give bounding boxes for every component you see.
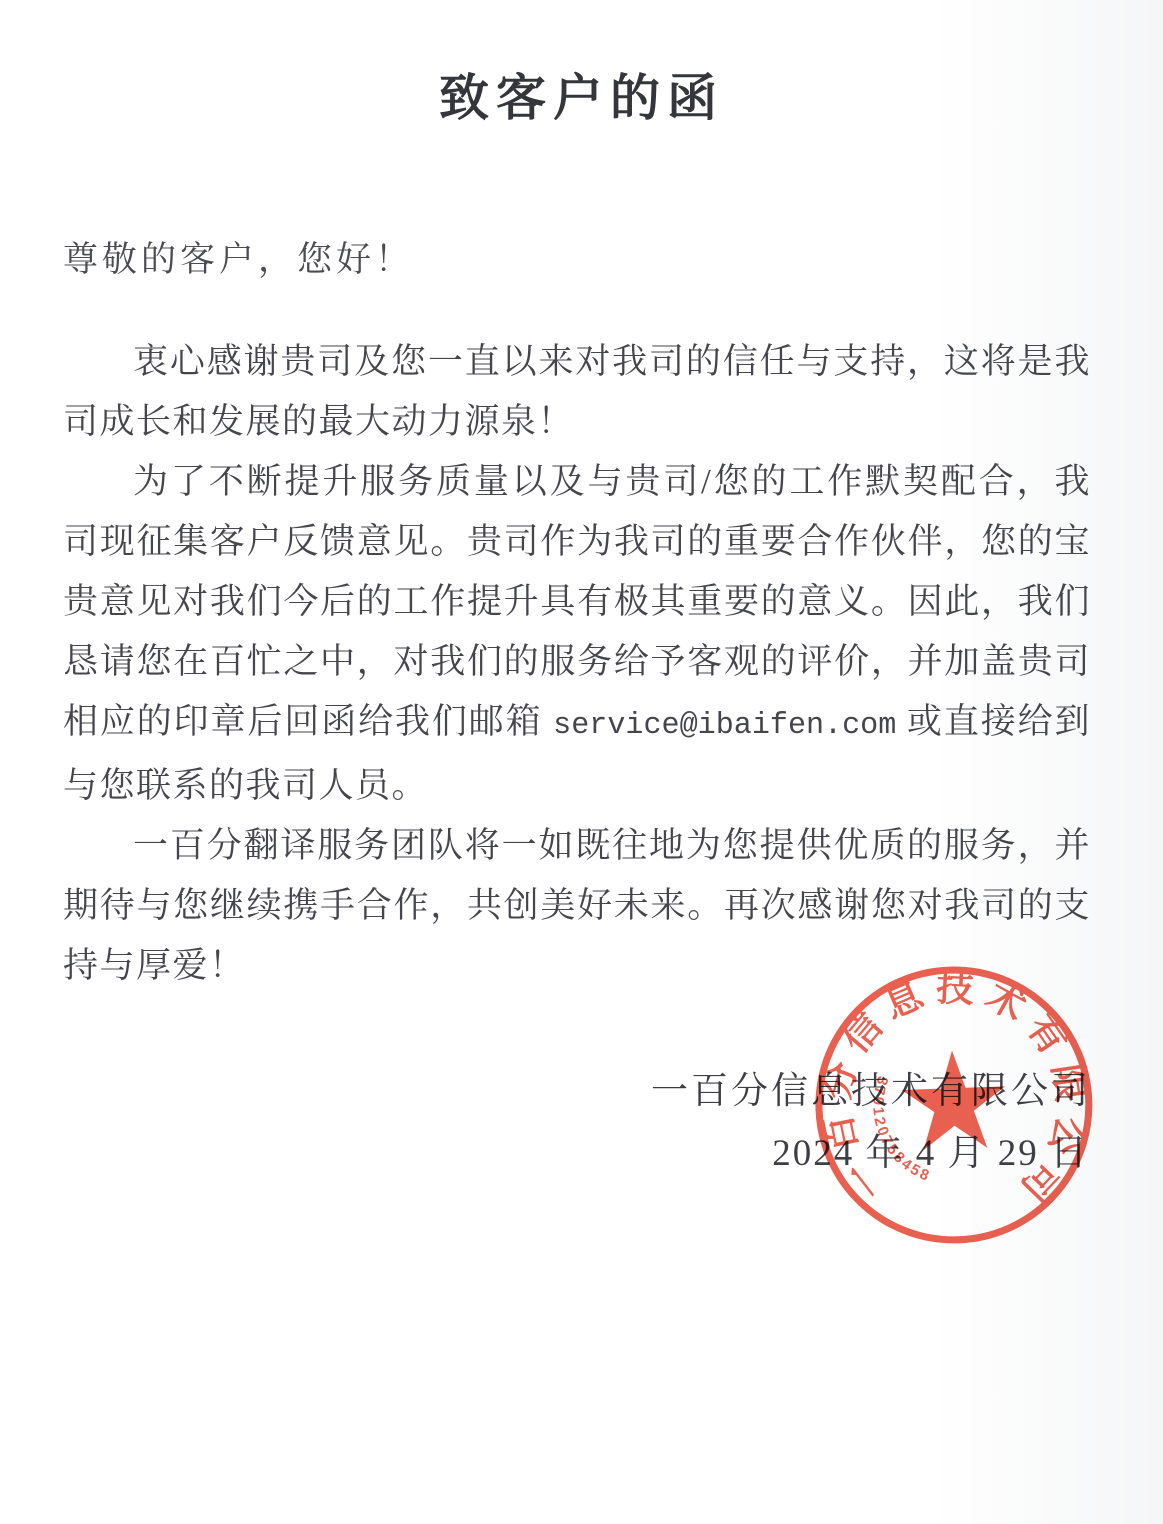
letter-body: 衷心感谢贵司及您一直以来对我司的信任与支持，这将是我司成长和发展的最大动力源泉！… (63, 332, 1091, 996)
paragraph-feedback: 为了不断提升服务质量以及与贵司/您的工作默契配合，我司现征集客户反馈意见。贵司作… (63, 452, 1091, 816)
seal-star-icon (900, 1049, 1007, 1151)
company-seal-stamp: 一百分信息技术有限公司 3701207584581 (803, 957, 1105, 1259)
paragraph-feedback-text: 为了不断提升服务质量以及与贵司/您的工作默契配合，我司现征集客户反馈意见。贵司作… (63, 462, 1091, 741)
paragraph-thanks: 衷心感谢贵司及您一直以来对我司的信任与支持，这将是我司成长和发展的最大动力源泉！ (63, 332, 1091, 452)
service-email: service@ibaifen.com (553, 709, 896, 743)
letter-page: 致客户的函 尊敬的客户，您好！ 衷心感谢贵司及您一直以来对我司的信任与支持，这将… (0, 0, 1163, 1524)
document-title: 致客户的函 (0, 0, 1163, 130)
salutation: 尊敬的客户，您好！ (63, 232, 1091, 282)
